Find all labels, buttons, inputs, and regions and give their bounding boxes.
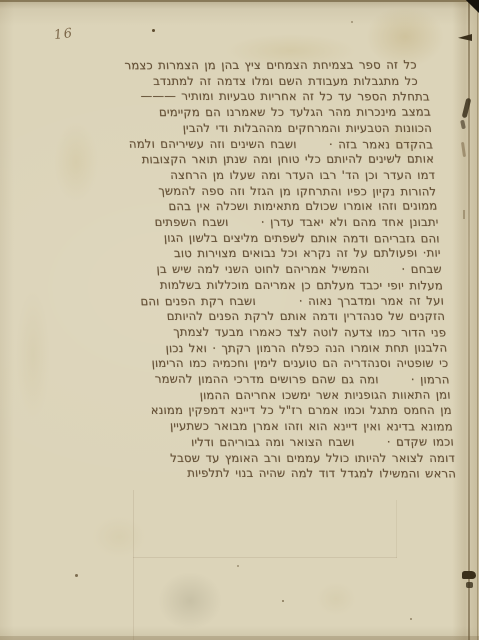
manuscript-line: יות· ופעולתם על זה נקרא וכל נבואים מצויר… bbox=[68, 246, 441, 262]
ink-speck bbox=[282, 600, 284, 602]
manuscript-line: אותם לשינים להיותם כלי טוחן ומה שנתן תוא… bbox=[62, 152, 435, 168]
ink-speck bbox=[237, 565, 239, 567]
stain bbox=[16, 290, 50, 420]
manuscript-line: בתחלת הספר עד כל זה אחריות טבעיות ומותיר… bbox=[57, 89, 430, 106]
manuscript-line: דומה לצואר להיותו כולל עממים ורב האומץ ע… bbox=[82, 451, 455, 467]
manuscript-line: הלבנון תחת אומרו הנה כפלח הרמון רקתך · ו… bbox=[75, 340, 448, 356]
manuscript-text: כל זה ספר בצמיחת הצמחים ציץ בהן מן הצמרו… bbox=[55, 58, 457, 482]
ink-speck bbox=[75, 574, 78, 577]
stain bbox=[92, 516, 146, 558]
manuscript-line: וכמו שקדם · ושבח הצואר ומה גבוריהם ודליו bbox=[81, 434, 454, 450]
manuscript-line: מן החמס מתגל וכמו אמרם רז"ל כל דיינא דמפ… bbox=[79, 403, 452, 419]
ink-speck bbox=[351, 21, 353, 23]
ruling-line bbox=[133, 490, 134, 640]
manuscript-line: ומן התאוות הגופניות אשר ימשכו אחריהם ההמ… bbox=[78, 387, 451, 403]
manuscript-line: פני הדור כמו צדעה לוטה לצד כאמרו מבעד לצ… bbox=[74, 324, 447, 341]
manuscript-line: דמו העדר וכן הד' רבו העדר ומה שעלו מן הר… bbox=[63, 168, 436, 184]
manuscript-line: הזקנים של סנהדרין ודמה אותם לרקת הפנים ל… bbox=[73, 309, 446, 325]
binding-stitch bbox=[463, 210, 465, 219]
manuscript-line: כל זה ספר בצמיחת הצמחים ציץ בהן מן הצמרו… bbox=[55, 58, 428, 74]
ink-speck bbox=[410, 618, 412, 620]
manuscript-line: הראש והמשילו למגדל דוד למה שהיה בנוי לתל… bbox=[84, 466, 457, 483]
manuscript-line: והם גזבריהם ודמה אותם לשפתים מליצים בלשו… bbox=[67, 230, 440, 247]
ruling-line bbox=[396, 500, 397, 558]
manuscript-page: 16 כל זה ספר בצמיחת הצמחים ציץ בהן מן הצ… bbox=[0, 0, 479, 640]
manuscript-line: ממונים וזהו אומרו שכולם מתאימות ושכלה אי… bbox=[65, 199, 438, 215]
manuscript-line: יתבונן אחד מהם ולא יאבד עדרן · ושבח השפת… bbox=[66, 215, 439, 231]
manuscript-line: הכוונות הטבעיות והמרחקים מההבלות ודי להב… bbox=[59, 121, 432, 137]
manuscript-line: ממונא בדינא ואין דיינא הוא וזהו אמרן מבו… bbox=[80, 419, 453, 436]
manuscript-line: כל מתגבלות מעבודת השם ומלו צדמה זה למתנד… bbox=[56, 74, 429, 90]
page-edge-line bbox=[477, 0, 478, 640]
manuscript-line: בהקדם נאמר בזה · ושבח השינים וזה עשיריהם… bbox=[60, 136, 433, 153]
manuscript-line: מעלות יופי יכבד מעלתם כן אמריהם מוכללות … bbox=[70, 277, 443, 294]
binding-stitch bbox=[466, 582, 473, 588]
stain bbox=[316, 582, 356, 616]
manuscript-line: ועל זה אמר ומדברך נאוה · ושבח רקת הפנים … bbox=[71, 293, 444, 309]
fold-crease bbox=[468, 0, 470, 640]
gutter-fold bbox=[452, 0, 479, 640]
ruling-line bbox=[133, 557, 397, 558]
page-bottom-edge bbox=[0, 636, 479, 640]
manuscript-line: הרמון · ומה גם שהם פרושים מדרכי ההמון לה… bbox=[77, 372, 450, 389]
page-top-edge bbox=[0, 0, 479, 2]
manuscript-line: במצב מינכרות מהר הגלעד כל שאמרנו הם מקיי… bbox=[58, 105, 431, 121]
manuscript-line: כי שופטיה וסנהדריה הם טוענים לימין וחכמי… bbox=[76, 356, 449, 372]
manuscript-line: שבחם · והמשיל אמריהם לחוט השני למה שיש ב… bbox=[69, 262, 442, 278]
stain bbox=[158, 572, 222, 630]
ink-speck bbox=[152, 29, 155, 32]
manuscript-line: להורות נקיון כפיו והתרחקו מן הגזל וזה ספ… bbox=[64, 183, 437, 200]
folio-number: 16 bbox=[53, 26, 74, 43]
binding-stitch bbox=[462, 571, 476, 579]
